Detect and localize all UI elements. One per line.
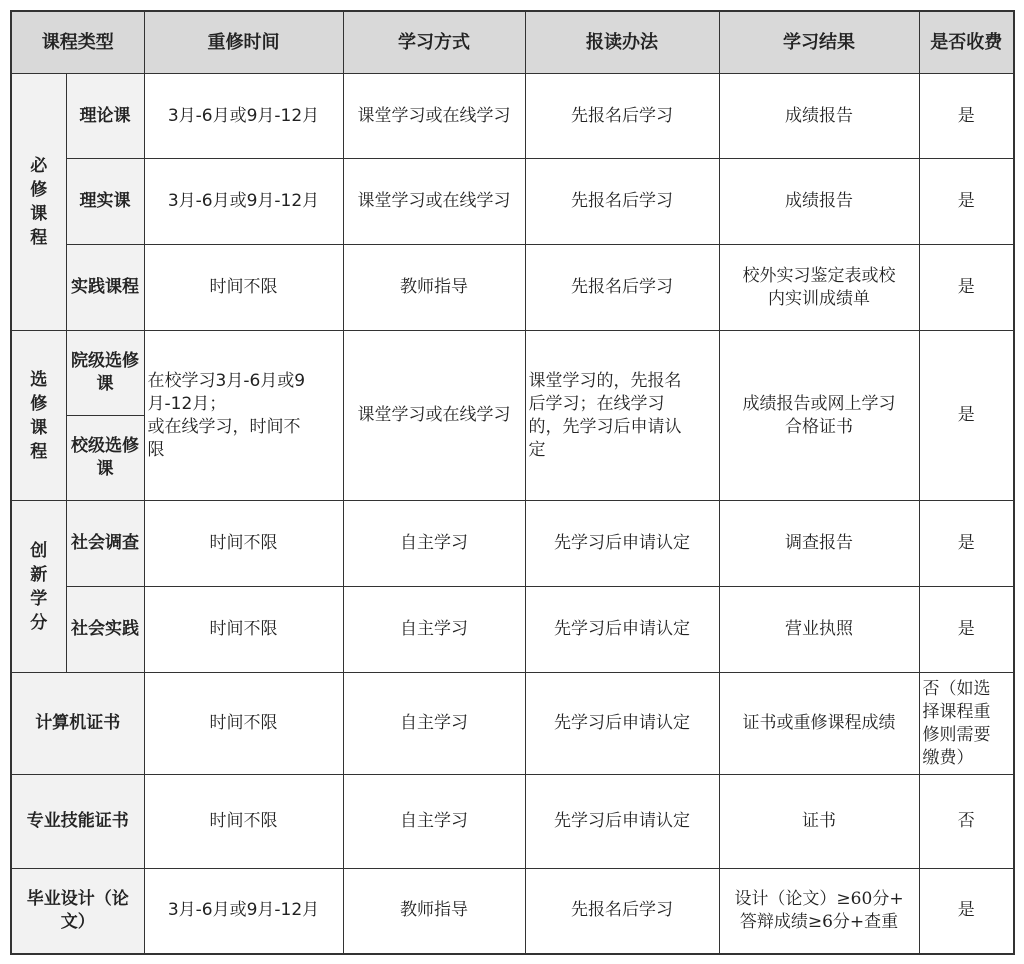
course-type: 理实课 [66,159,144,245]
fee: 是 [919,501,1014,587]
course-type: 校级选修课 [66,416,144,501]
course-type: 毕业设计（论文） [11,869,144,954]
study-result: 证书或重修课程成绩 [719,673,919,775]
header-enroll-method: 报读办法 [525,11,719,74]
course-type: 社会实践 [66,587,144,673]
study-mode: 课堂学习或在线学习 [343,331,525,501]
enroll-method: 先学习后申请认定 [525,587,719,673]
table-row: 创新学分 社会调查 时间不限 自主学习 先学习后申请认定 调查报告 是 [11,501,1014,587]
fee: 是 [919,159,1014,245]
retake-time: 3月-6月或9月-12月 [144,869,343,954]
study-result: 成绩报告或网上学习 合格证书 [719,331,919,501]
enroll-method: 先报名后学习 [525,159,719,245]
retake-time: 时间不限 [144,245,343,331]
enroll-method: 先学习后申请认定 [525,501,719,587]
header-course-type: 课程类型 [11,11,144,74]
study-result: 成绩报告 [719,74,919,159]
course-type: 计算机证书 [11,673,144,775]
enroll-method: 先报名后学习 [525,74,719,159]
table-row: 社会实践 时间不限 自主学习 先学习后申请认定 营业执照 是 [11,587,1014,673]
course-type: 院级选修课 [66,331,144,416]
course-type: 实践课程 [66,245,144,331]
study-result: 校外实习鉴定表或校 内实训成绩单 [719,245,919,331]
fee: 否 [919,775,1014,869]
table-row: 实践课程 时间不限 教师指导 先报名后学习 校外实习鉴定表或校 内实训成绩单 是 [11,245,1014,331]
enroll-method: 先报名后学习 [525,869,719,954]
study-result: 营业执照 [719,587,919,673]
enroll-method: 课堂学习的，先报名 后学习；在线学习 的，先学习后申请认 定 [525,331,719,501]
retake-time: 时间不限 [144,775,343,869]
course-type: 社会调查 [66,501,144,587]
study-result: 调查报告 [719,501,919,587]
study-mode: 教师指导 [343,245,525,331]
fee: 是 [919,74,1014,159]
group-elective: 选修课程 [11,331,66,501]
table-row: 必修课程 理论课 3月-6月或9月-12月 课堂学习或在线学习 先报名后学习 成… [11,74,1014,159]
fee: 是 [919,331,1014,501]
study-result: 成绩报告 [719,159,919,245]
retake-time: 时间不限 [144,587,343,673]
enroll-method: 先报名后学习 [525,245,719,331]
header-retake-time: 重修时间 [144,11,343,74]
study-mode: 教师指导 [343,869,525,954]
retake-course-table: 课程类型 重修时间 学习方式 报读办法 学习结果 是否收费 必修课程 理论课 3… [10,10,1015,955]
retake-time: 时间不限 [144,673,343,775]
study-mode: 自主学习 [343,587,525,673]
fee: 否（如选 择课程重 修则需要 缴费） [919,673,1014,775]
table-row: 专业技能证书 时间不限 自主学习 先学习后申请认定 证书 否 [11,775,1014,869]
table-row: 计算机证书 时间不限 自主学习 先学习后申请认定 证书或重修课程成绩 否（如选 … [11,673,1014,775]
retake-time: 时间不限 [144,501,343,587]
retake-time: 在校学习3月-6月或9 月-12月； 或在线学习，时间不 限 [144,331,343,501]
fee: 是 [919,245,1014,331]
study-result: 证书 [719,775,919,869]
table-row: 理实课 3月-6月或9月-12月 课堂学习或在线学习 先报名后学习 成绩报告 是 [11,159,1014,245]
study-mode: 课堂学习或在线学习 [343,74,525,159]
study-mode: 课堂学习或在线学习 [343,159,525,245]
table-row: 选修课程 院级选修课 在校学习3月-6月或9 月-12月； 或在线学习，时间不 … [11,331,1014,416]
retake-time: 3月-6月或9月-12月 [144,74,343,159]
table-row: 毕业设计（论文） 3月-6月或9月-12月 教师指导 先报名后学习 设计（论文）… [11,869,1014,954]
enroll-method: 先学习后申请认定 [525,673,719,775]
study-mode: 自主学习 [343,775,525,869]
header-study-result: 学习结果 [719,11,919,74]
study-result: 设计（论文）≥60分+ 答辩成绩≥6分+查重 [719,869,919,954]
header-study-mode: 学习方式 [343,11,525,74]
course-type: 专业技能证书 [11,775,144,869]
course-type: 理论课 [66,74,144,159]
header-fee: 是否收费 [919,11,1014,74]
group-required: 必修课程 [11,74,66,331]
enroll-method: 先学习后申请认定 [525,775,719,869]
fee: 是 [919,869,1014,954]
study-mode: 自主学习 [343,673,525,775]
retake-time: 3月-6月或9月-12月 [144,159,343,245]
fee: 是 [919,587,1014,673]
group-innovation: 创新学分 [11,501,66,673]
header-row: 课程类型 重修时间 学习方式 报读办法 学习结果 是否收费 [11,11,1014,74]
study-mode: 自主学习 [343,501,525,587]
